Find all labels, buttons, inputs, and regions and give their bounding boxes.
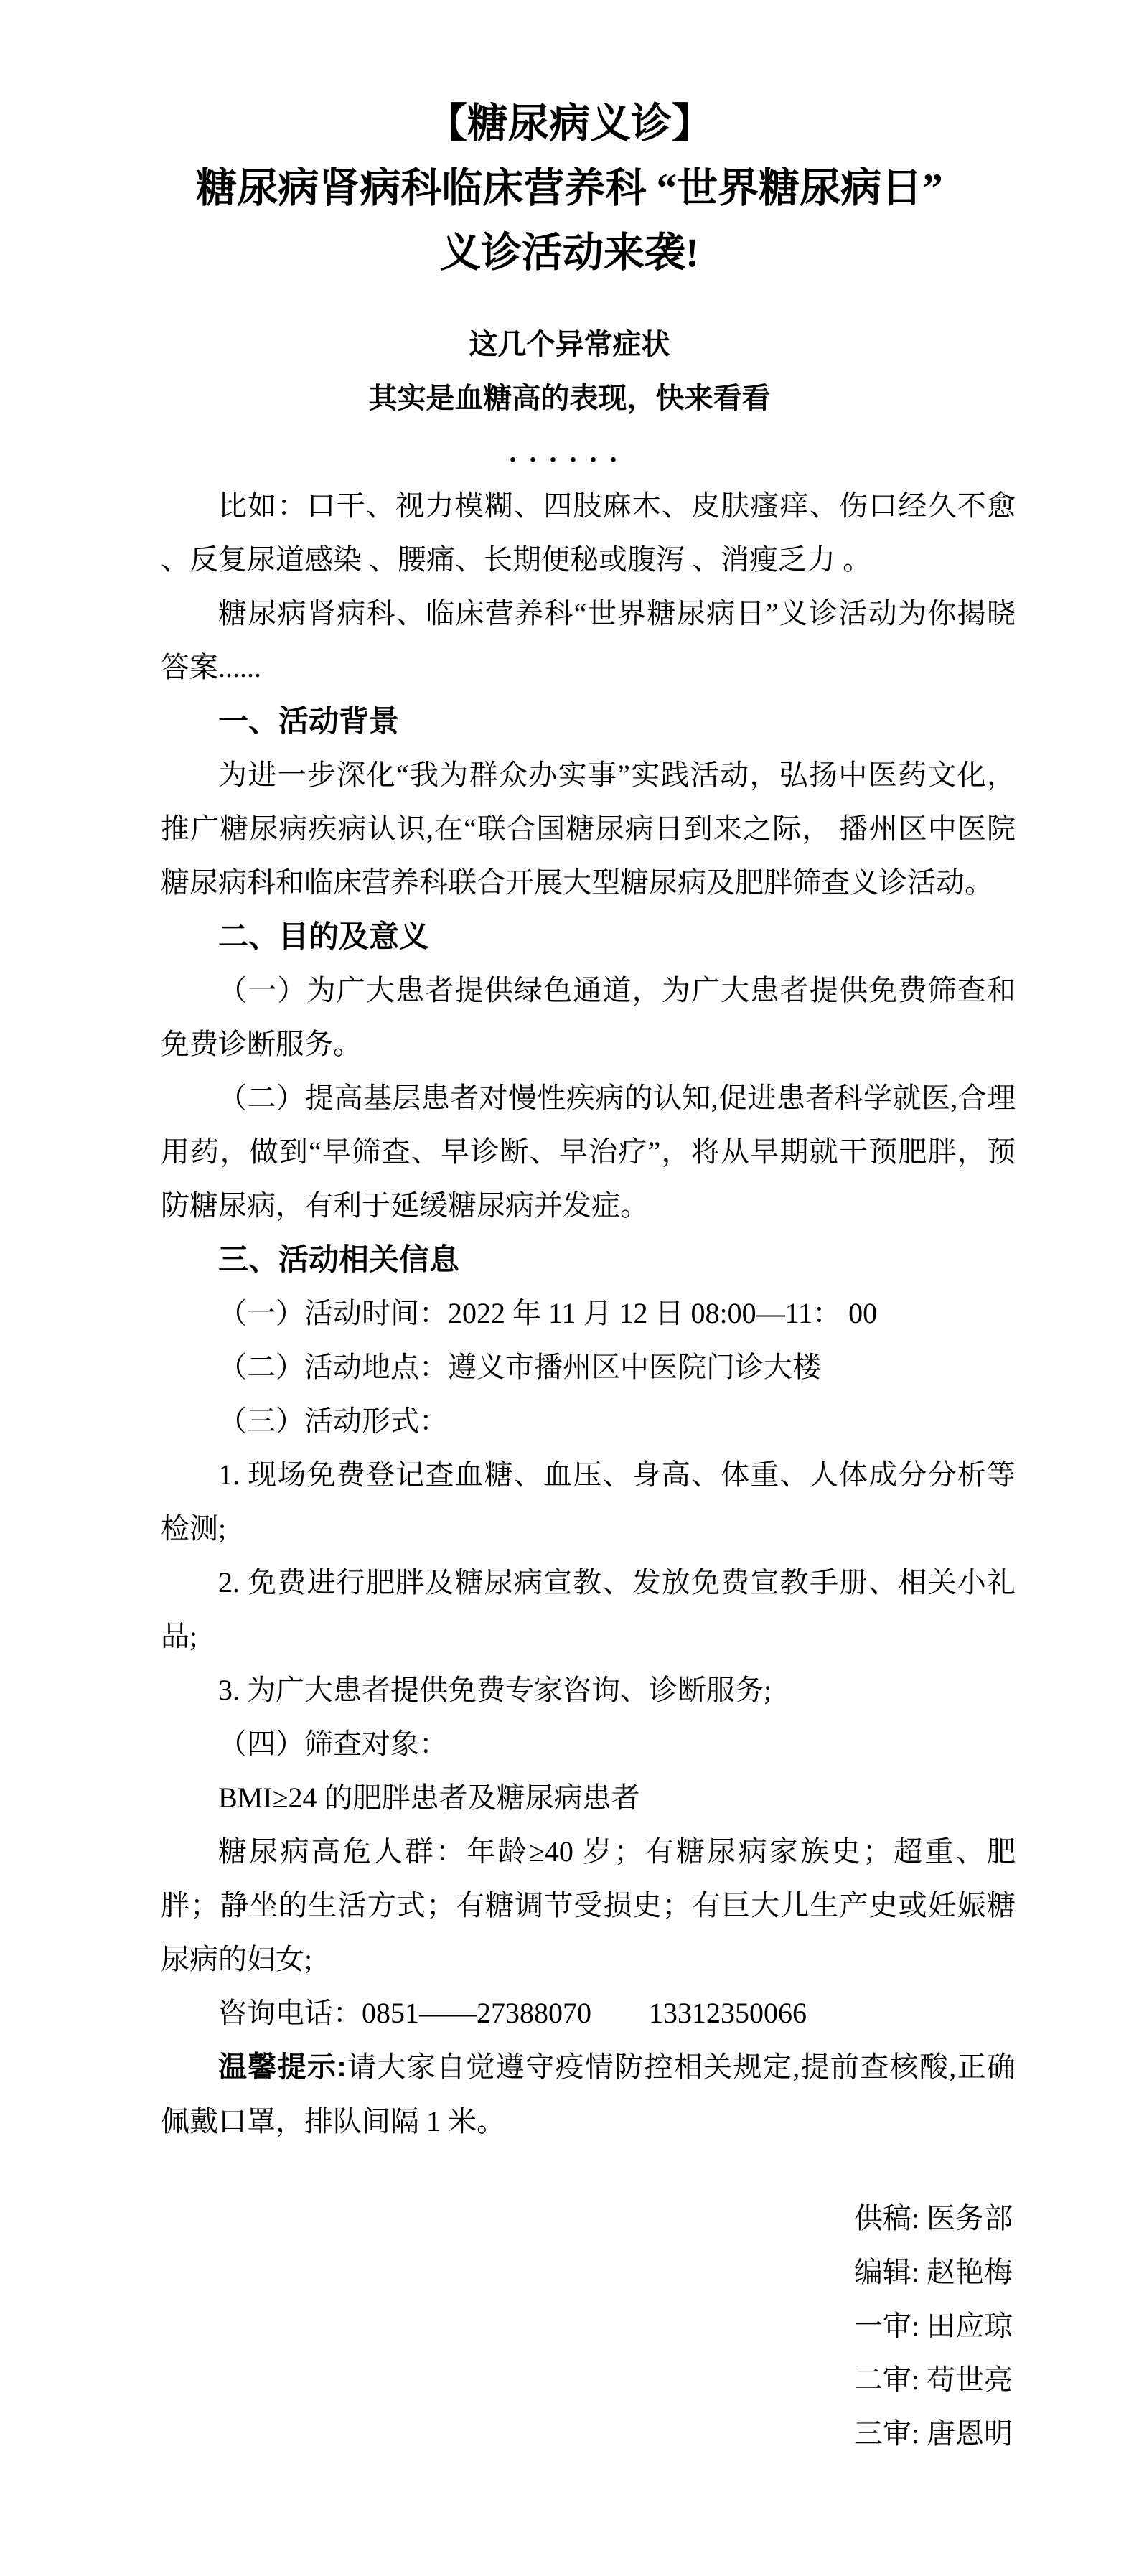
paragraph-phone: 咨询电话：0851——27388070 13312350066	[161, 1986, 1016, 2040]
credit-line-third-review: 三审: 唐恩明	[0, 2407, 1013, 2460]
section-heading-info: 三、活动相关信息	[161, 1232, 1016, 1286]
paragraph-reveal: 糖尿病肾病科、临床营养科“世界糖尿病日”义诊活动为你揭晓答案......	[161, 586, 1016, 694]
section-heading-purpose: 二、目的及意义	[161, 909, 1016, 963]
paragraph-format: （三）活动形式：	[161, 1394, 1016, 1448]
paragraph-purpose-1: （一）为广大患者提供绿色通道，为广大患者提供免费筛查和免费诊断服务。	[161, 963, 1016, 1071]
paragraph-tip: 温馨提示:请大家自觉遵守疫情防控相关规定,提前查核酸,正确佩戴口罩，排队间隔 1…	[161, 2040, 1016, 2148]
document-subtitle: 这几个异常症状 其实是血糖高的表现，快来看看 ......	[0, 317, 1139, 479]
paragraph-place: （二）活动地点：遵义市播州区中医院门诊大楼	[161, 1340, 1016, 1394]
credits-block: 供稿: 医务部 编辑: 赵艳梅 一审: 田应琼 二审: 苟世亮 三审: 唐恩明	[0, 2191, 1013, 2460]
paragraph-item-3: 3. 为广大患者提供免费专家咨询、诊断服务;	[161, 1663, 1016, 1717]
credit-line-first-review: 一审: 田应琼	[0, 2299, 1013, 2353]
paragraph-purpose-2: （二）提高基层患者对慢性疾病的认知,促进患者科学就医,合理用药，做到“早筛查、早…	[161, 1071, 1016, 1232]
paragraph-symptoms: 比如：口干、视力模糊、四肢麻木、皮肤瘙痒、伤口经久不愈 、反复尿道感染 、腰痛、…	[161, 479, 1016, 586]
title-line-2: 糖尿病肾病科临床营养科 “世界糖尿病日”	[0, 156, 1139, 221]
paragraph-background: 为进一步深化“我为群众办实事”实践活动，弘扬中医药文化，推广糖尿病疾病认识,在“…	[161, 748, 1016, 909]
subtitle-line-2: 其实是血糖高的表现，快来看看	[0, 371, 1139, 425]
ellipsis-line: ......	[0, 425, 1139, 479]
document-title: 【糖尿病义诊】 糖尿病肾病科临床营养科 “世界糖尿病日” 义诊活动来袭!	[0, 0, 1139, 286]
title-line-3: 义诊活动来袭!	[0, 221, 1139, 286]
paragraph-target-2: 糖尿病高危人群：年龄≥40 岁；有糖尿病家族史；超重、肥胖；静坐的生活方式；有糖…	[161, 1825, 1016, 1986]
paragraph-time: （一）活动时间：2022 年 11 月 12 日 08:00—11： 00	[161, 1286, 1016, 1340]
paragraph-target-label: （四）筛查对象：	[161, 1717, 1016, 1771]
paragraph-item-2: 2. 免费进行肥胖及糖尿病宣教、发放免费宣教手册、相关小礼品;	[161, 1555, 1016, 1663]
document-page: 【糖尿病义诊】 糖尿病肾病科临床营养科 “世界糖尿病日” 义诊活动来袭! 这几个…	[0, 0, 1139, 2576]
paragraph-item-1: 1. 现场免费登记查血糖、血压、身高、体重、人体成分分析等检测;	[161, 1448, 1016, 1555]
tip-label: 温馨提示:	[218, 2051, 347, 2083]
title-line-1: 【糖尿病义诊】	[0, 92, 1139, 156]
paragraph-target-1: BMI≥24 的肥胖患者及糖尿病患者	[161, 1771, 1016, 1825]
section-heading-background: 一、活动背景	[161, 694, 1016, 748]
credit-line-second-review: 二审: 苟世亮	[0, 2353, 1013, 2407]
credit-line-contributor: 供稿: 医务部	[0, 2191, 1013, 2245]
subtitle-line-1: 这几个异常症状	[0, 317, 1139, 371]
credit-line-editor: 编辑: 赵艳梅	[0, 2245, 1013, 2299]
document-body: 比如：口干、视力模糊、四肢麻木、皮肤瘙痒、伤口经久不愈 、反复尿道感染 、腰痛、…	[161, 479, 1016, 2148]
